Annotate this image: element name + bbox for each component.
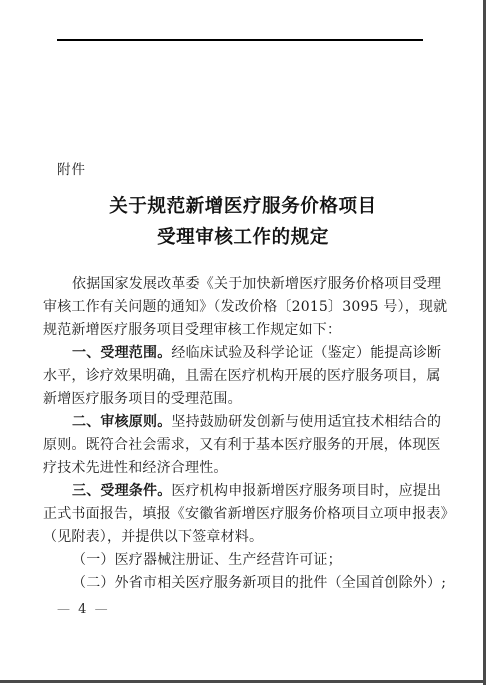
body-line-text: （一）医疗器械注册证、生产经营许可证； — [72, 552, 342, 568]
document-title-line-2: 受理审核工作的规定 — [0, 222, 486, 253]
page-number: — 4 — — [57, 602, 110, 617]
section-heading-lead: 三、受理条件。 — [72, 483, 171, 499]
body-line: 正式书面报告，填报《安徽省新增医疗服务价格项目立项申报表》 — [43, 503, 445, 526]
body-line: 原则。既符合社会需求，又有利于基本医疗服务的开展，体现医 — [43, 434, 445, 457]
document-title: 关于规范新增医疗服务价格项目 受理审核工作的规定 — [0, 191, 486, 253]
body-line: 水平，诊疗效果明确，且需在医疗机构开展的医疗服务项目，属 — [43, 365, 445, 388]
body-line: 三、受理条件。医疗机构申报新增医疗服务项目时，应提出 — [43, 480, 445, 503]
body-line-text: 原则。既符合社会需求，又有利于基本医疗服务的开展，体现医 — [43, 437, 441, 453]
body-line: （见附表），并提供以下签章材料。 — [43, 526, 445, 549]
body-line-text: 新增医疗服务项目的受理范围。 — [43, 391, 242, 407]
top-rule-divider — [57, 39, 423, 41]
body-line: 规范新增医疗服务项目受理审核工作规定如下： — [43, 319, 445, 342]
page-number-dash-right: — — [95, 602, 110, 617]
body-line-text: （见附表），并提供以下签章材料。 — [43, 529, 263, 545]
body-line: 一、受理范围。经临床试验及科学论证（鉴定）能提高诊断 — [43, 342, 445, 365]
body-line: 二、审核原则。坚持鼓励研发创新与使用适宜技术相结合的 — [43, 411, 445, 434]
body-line-text: 审核工作有关问题的通知》（发改价格〔2015〕3095 号），现就 — [43, 299, 447, 315]
section-heading-lead: 二、审核原则。 — [72, 414, 171, 430]
body-line-text: 水平，诊疗效果明确，且需在医疗机构开展的医疗服务项目，属 — [43, 368, 441, 384]
body-line: （一）医疗器械注册证、生产经营许可证； — [43, 549, 445, 572]
body-line-text: 经临床试验及科学论证（鉴定）能提高诊断 — [171, 345, 441, 361]
section-heading-lead: 一、受理范围。 — [72, 345, 171, 361]
body-line: 依据国家发展改革委《关于加快新增医疗服务价格项目受理 — [43, 273, 445, 296]
page-bottom-edge-shadow — [0, 680, 486, 683]
body-line-text: 依据国家发展改革委《关于加快新增医疗服务价格项目受理 — [72, 276, 441, 292]
body-line-text: 坚持鼓励研发创新与使用适宜技术相结合的 — [171, 414, 441, 430]
body-line-text: 疗技术先进性和经济合理性。 — [43, 460, 228, 476]
document-title-line-1: 关于规范新增医疗服务价格项目 — [0, 191, 486, 222]
body-line: 审核工作有关问题的通知》（发改价格〔2015〕3095 号），现就 — [43, 296, 445, 319]
body-line: 新增医疗服务项目的受理范围。 — [43, 388, 445, 411]
page-number-dash-left: — — [57, 602, 72, 617]
body-line-text: 医疗机构申报新增医疗服务项目时，应提出 — [171, 483, 441, 499]
body-line-text: 正式书面报告，填报《安徽省新增医疗服务价格项目立项申报表》 — [43, 506, 455, 522]
document-page: 附件 关于规范新增医疗服务价格项目 受理审核工作的规定 依据国家发展改革委《关于… — [0, 0, 486, 685]
body-line-text: 规范新增医疗服务项目受理审核工作规定如下： — [43, 322, 341, 338]
page-number-value: 4 — [78, 602, 88, 617]
body-line: 疗技术先进性和经济合理性。 — [43, 457, 445, 480]
body-line-text: （二）外省市相关医疗服务新项目的批件（全国首创除外）; — [72, 575, 446, 591]
body-line: （二）外省市相关医疗服务新项目的批件（全国首创除外）; — [43, 572, 445, 595]
attachment-label: 附件 — [57, 158, 86, 178]
document-body: 依据国家发展改革委《关于加快新增医疗服务价格项目受理 审核工作有关问题的通知》（… — [43, 273, 445, 595]
